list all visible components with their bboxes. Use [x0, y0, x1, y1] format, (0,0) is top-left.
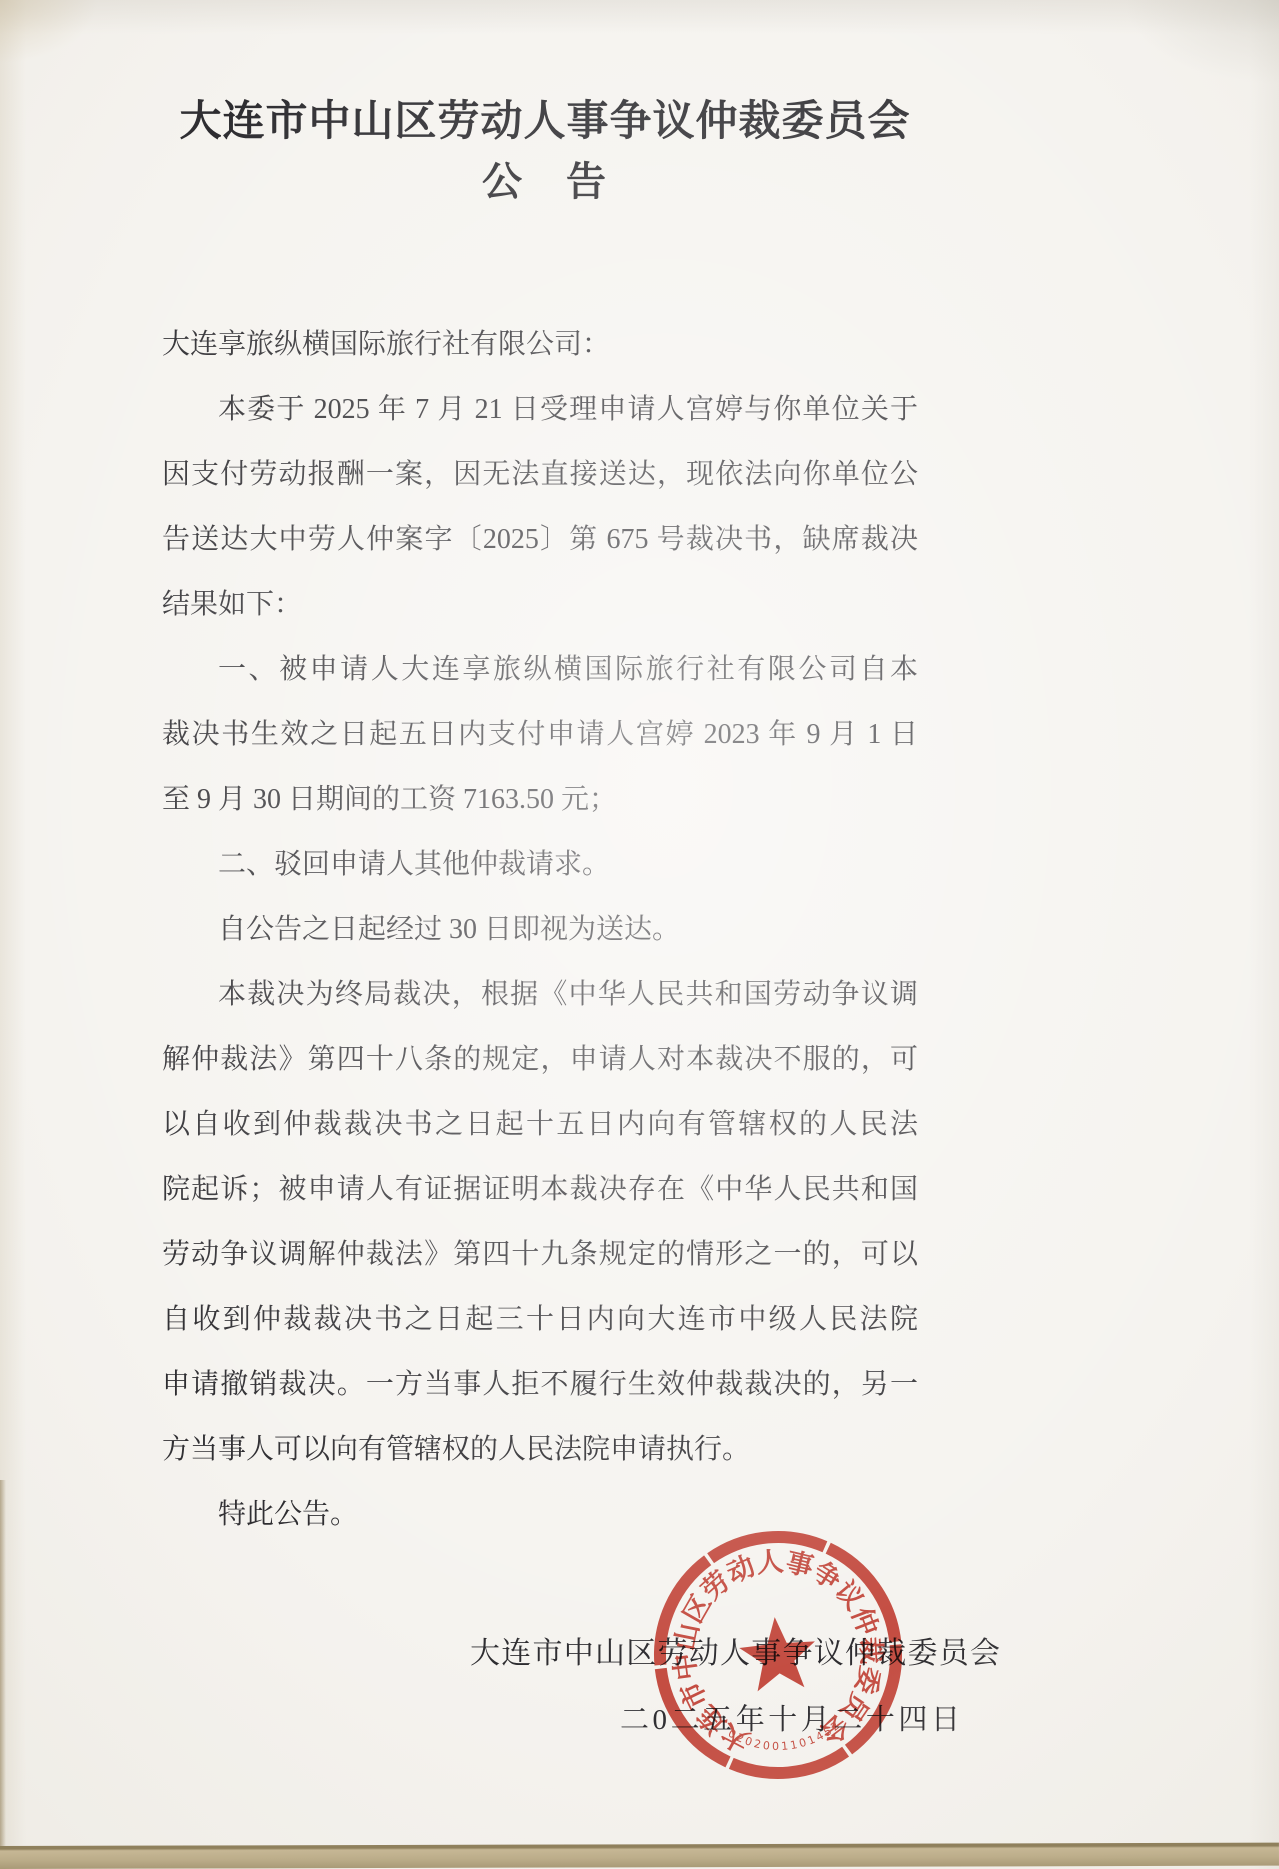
document-subtitle: 公 告	[0, 150, 1090, 207]
body-line: 本委于 2025 年 7 月 21 日受理申请人宫婷与你单位关于	[162, 377, 918, 442]
body-line: 一、被申请人大连享旅纵横国际旅行社有限公司自本	[162, 637, 918, 702]
desk-surface	[0, 1843, 1279, 1869]
body-line: 院起诉；被申请人有证据证明本裁决存在《中华人民共和国	[162, 1157, 918, 1222]
document-title: 大连市中山区劳动人事争议仲裁委员会	[0, 88, 1090, 148]
paper-left-edge-shadow	[0, 1480, 6, 1849]
body-line: 大连享旅纵横国际旅行社有限公司：	[162, 312, 918, 377]
body-line: 二、驳回申请人其他仲裁请求。	[162, 832, 918, 897]
body-line: 申请撤销裁决。一方当事人拒不履行生效仲裁裁决的，另一	[162, 1352, 918, 1417]
body-line: 以自收到仲裁裁决书之日起十五日内向有管辖权的人民法	[162, 1092, 918, 1157]
body-line: 因支付劳动报酬一案，因无法直接送达，现依法向你单位公	[162, 442, 918, 507]
star-icon	[737, 1614, 819, 1693]
document-photo: 大连市中山区劳动人事争议仲裁委员会 公 告 大连享旅纵横国际旅行社有限公司：本委…	[0, 0, 1279, 1869]
official-seal: 大连市中山区劳动人事争议仲裁委员会 0202001101452	[615, 1492, 940, 1817]
body-line: 方当事人可以向有管辖权的人民法院申请执行。	[162, 1417, 918, 1482]
notice-paper: 大连市中山区劳动人事争议仲裁委员会 公 告 大连享旅纵横国际旅行社有限公司：本委…	[0, 0, 1279, 1869]
document-body: 大连享旅纵横国际旅行社有限公司：本委于 2025 年 7 月 21 日受理申请人…	[162, 312, 918, 1547]
body-line: 告送达大中劳人仲案字〔2025〕第 675 号裁决书，缺席裁决	[162, 507, 918, 572]
body-line: 劳动争议调解仲裁法》第四十九条规定的情形之一的，可以	[162, 1222, 918, 1287]
body-line: 裁决书生效之日起五日内支付申请人宫婷 2023 年 9 月 1 日	[162, 702, 918, 767]
body-line: 自收到仲裁裁决书之日起三十日内向大连市中级人民法院	[162, 1287, 918, 1352]
body-line: 本裁决为终局裁决，根据《中华人民共和国劳动争议调	[162, 962, 918, 1027]
body-line: 自公告之日起经过 30 日即视为送达。	[162, 897, 918, 962]
body-line: 至 9 月 30 日期间的工资 7163.50 元；	[162, 767, 918, 832]
body-line: 结果如下：	[162, 572, 918, 637]
body-line: 解仲裁法》第四十八条的规定，申请人对本裁决不服的，可	[162, 1027, 918, 1092]
